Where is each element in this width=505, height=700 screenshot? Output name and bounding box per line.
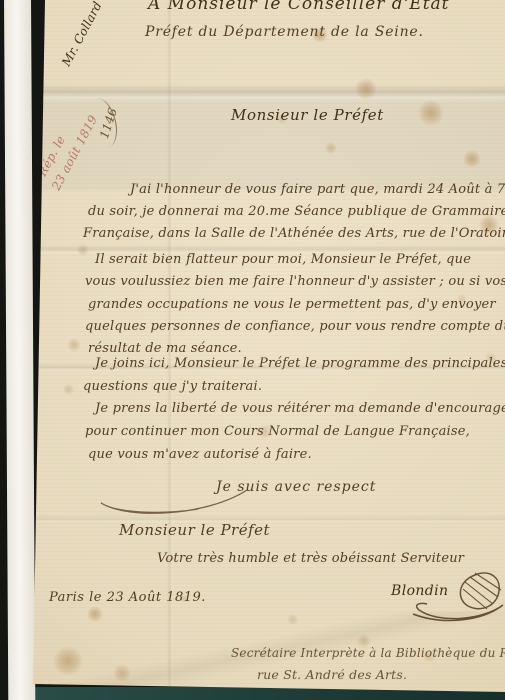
closing-addressee: Monsieur le Préfet (119, 521, 270, 539)
foxing-spot (77, 244, 89, 256)
writer-title: Secrétaire Interprète à la Bibliothèque … (231, 646, 505, 660)
adjacent-page-edge (4, 0, 35, 700)
body-line: vous voulussiez bien me faire l'honneur … (85, 274, 505, 289)
signature-paraphe (411, 568, 505, 630)
foxing-spot (53, 646, 83, 676)
foxing-spot (63, 384, 74, 395)
pen-swash (95, 486, 255, 522)
valediction: Votre très humble et très obéissant Serv… (157, 551, 464, 566)
foxing-spot (87, 606, 103, 622)
foxing-spot (287, 614, 298, 625)
foxing-spot (113, 664, 131, 682)
address-line-1: A Monsieur le Conseiller d'État (148, 0, 450, 14)
foxing-spot (418, 100, 444, 126)
body-line: grandes occupations ne vous le permetten… (88, 297, 496, 312)
address-line-2: Préfet du Département de la Seine. (145, 24, 424, 40)
body-line: J'ai l'honneur de vous faire part que, m… (130, 182, 505, 197)
body-line: du soir, je donnerai ma 20.me Séance pub… (88, 204, 505, 219)
body-line: Française, dans la Salle de l'Athénée de… (83, 226, 505, 241)
writer-address: rue St. André des Arts. (257, 667, 407, 682)
place-date: Paris le 23 Août 1819. (49, 590, 206, 605)
body-line: questions que j'y traiterai. (83, 379, 262, 394)
body-line: que vous m'avez autorisé à faire. (88, 447, 312, 462)
body-line: Je prens la liberté de vous réitérer ma … (95, 401, 505, 416)
body-line: Il serait bien flatteur pour moi, Monsie… (95, 252, 471, 267)
foxing-spot (325, 142, 337, 154)
salutation: Monsieur le Préfet (231, 106, 384, 124)
foxing-spot (355, 78, 377, 100)
foxing-spot (463, 150, 481, 168)
recipient-note: Mr. Collard (59, 0, 105, 69)
letter-sheet: A Monsieur le Conseiller d'État Préfet d… (33, 0, 505, 700)
foxing-spot (67, 338, 81, 352)
body-line: résultat de ma séance. (88, 341, 242, 356)
body-line: pour continuer mon Cours Normal de Langu… (85, 424, 470, 439)
body-line: Je joins ici, Monsieur le Préfet le prog… (95, 356, 505, 371)
body-line: quelques personnes de confiance, pour vo… (85, 319, 505, 334)
